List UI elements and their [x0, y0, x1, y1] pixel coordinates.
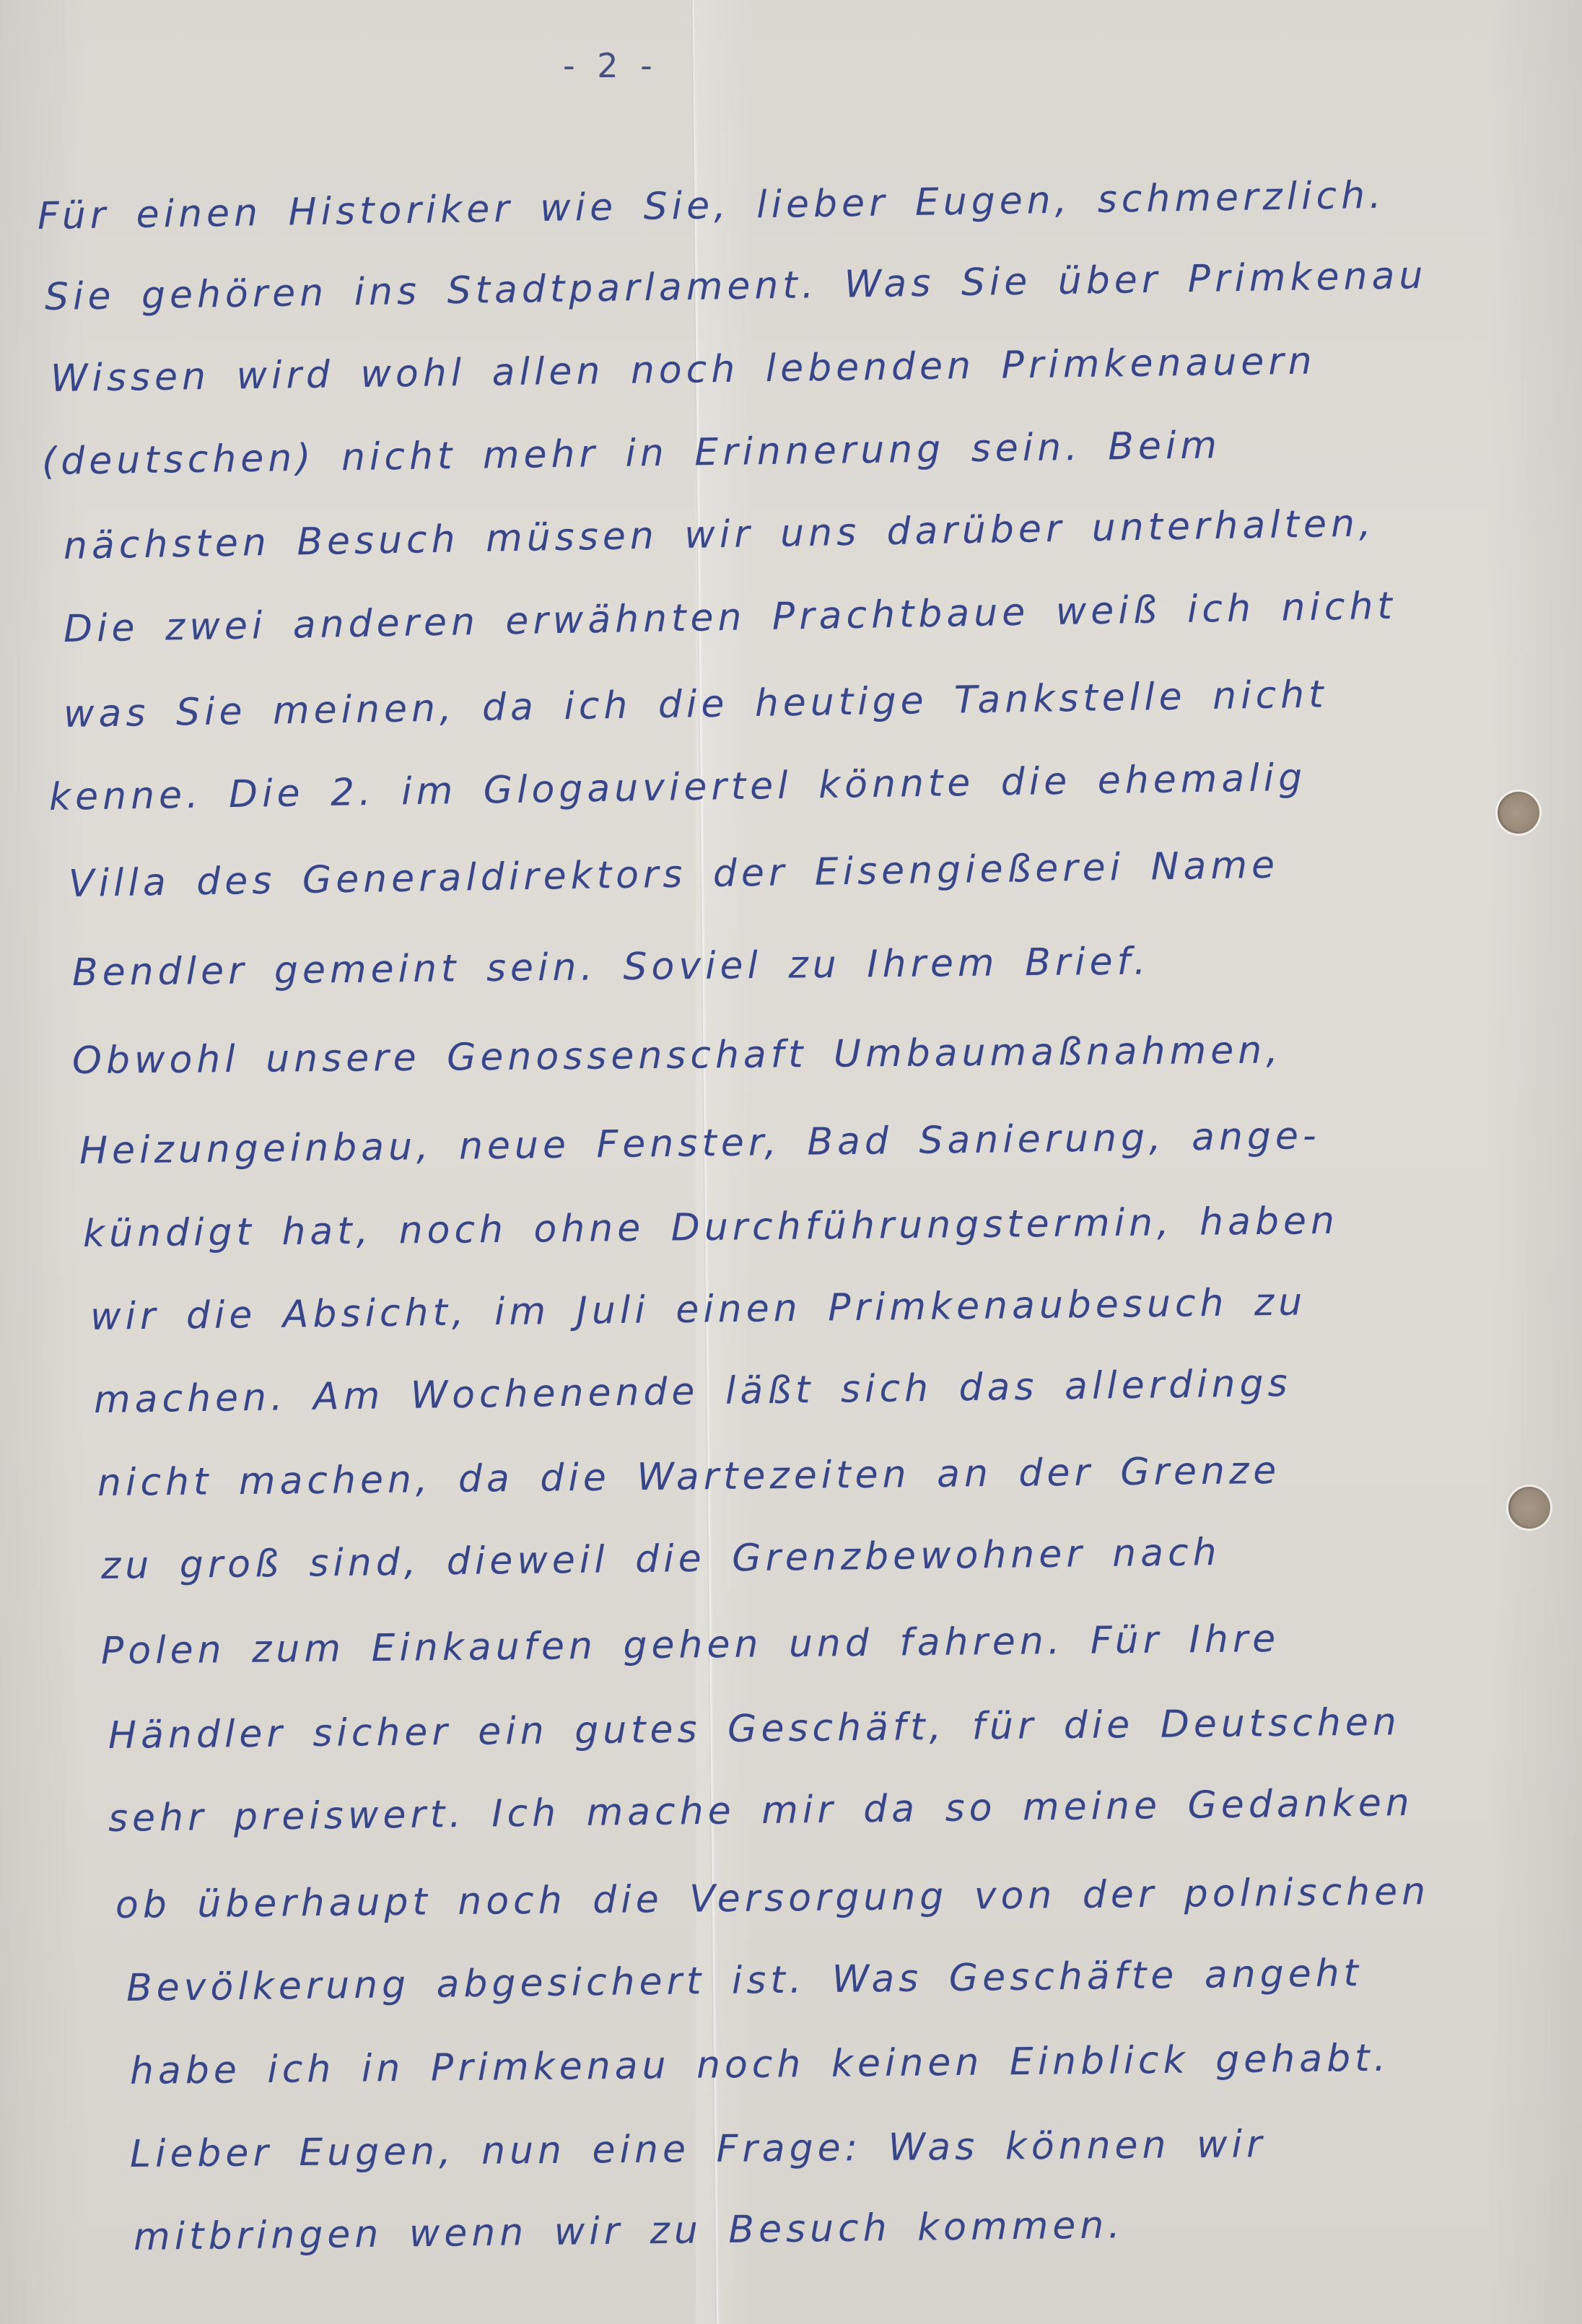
- letter-line: Bendler gemeint sein. Soviel zu Ihrem Br…: [72, 940, 1150, 995]
- letter-line: habe ich in Primkenau noch keinen Einbli…: [130, 2037, 1391, 2093]
- letter-line: (deutschen) nicht mehr in Erinnerung sei…: [42, 424, 1222, 484]
- letter-line: kenne. Die 2. im Glogauviertel könnte di…: [49, 756, 1307, 819]
- letter-line: kündigt hat, noch ohne Durchführungsterm…: [83, 1200, 1340, 1256]
- letter-body: Für einen Historiker wie Sie, lieber Eug…: [0, 0, 1582, 2324]
- letter-line: nächsten Besuch müssen wir uns darüber u…: [63, 502, 1376, 568]
- letter-page: - 2 - Für einen Historiker wie Sie, lieb…: [0, 0, 1582, 2324]
- letter-line: Lieber Eugen, nun eine Frage: Was können…: [130, 2123, 1267, 2176]
- letter-line: Bevölkerung abgesichert ist. Was Geschäf…: [126, 1952, 1363, 2010]
- letter-line: wir die Absicht, im Juli einen Primkenau…: [90, 1280, 1307, 1339]
- letter-line: mitbringen wenn wir zu Besuch kommen.: [134, 2203, 1125, 2259]
- letter-line: Villa des Generaldirektors der Eisengieß…: [69, 844, 1280, 906]
- letter-line: nicht machen, da die Wartezeiten an der …: [97, 1449, 1281, 1505]
- letter-line: sehr preiswert. Ich mache mir da so mein…: [108, 1781, 1414, 1840]
- letter-line: Wissen wird wohl allen noch lebenden Pri…: [51, 340, 1316, 401]
- letter-line: Händler sicher ein gutes Geschäft, für d…: [108, 1700, 1401, 1757]
- letter-line: zu groß sind, dieweil die Grenzbewohner …: [101, 1531, 1221, 1588]
- letter-line: Polen zum Einkaufen gehen und fahren. Fü…: [101, 1617, 1280, 1673]
- letter-line: ob überhaupt noch die Versorgung von der…: [115, 1870, 1430, 1927]
- letter-line: Für einen Historiker wie Sie, lieber Eug…: [38, 174, 1386, 238]
- letter-line: was Sie meinen, da ich die heutige Tanks…: [64, 673, 1328, 736]
- letter-line: Obwohl unsere Genossenschaft Umbaumaßnah…: [72, 1028, 1282, 1083]
- letter-line: Die zwei anderen erwähnten Prachtbaue we…: [63, 585, 1397, 651]
- letter-line: machen. Am Wochenende läßt sich das alle…: [94, 1362, 1292, 1422]
- letter-line: Sie gehören ins Stadtparlament. Was Sie …: [45, 254, 1428, 319]
- letter-line: Heizungeinbau, neue Fenster, Bad Sanieru…: [79, 1114, 1321, 1173]
